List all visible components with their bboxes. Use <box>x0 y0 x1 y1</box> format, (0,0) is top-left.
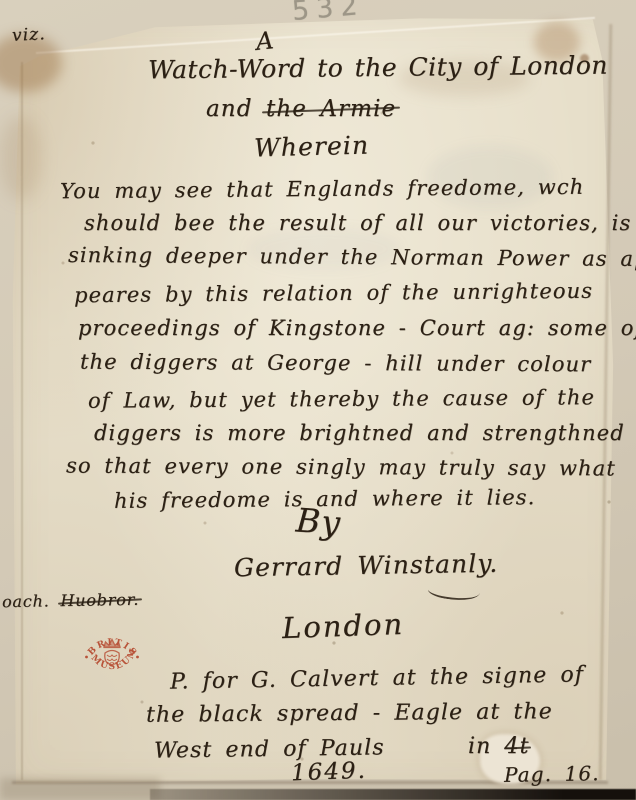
manuscript-scan: 532 viz. A Watch-Word to the City of Lon… <box>0 0 636 800</box>
stamp-dot-left <box>85 656 88 659</box>
body-line: You may see that Englands freedome, wch <box>60 175 585 204</box>
body-line: should bee the result of all our victori… <box>84 211 631 235</box>
page-reference: Pag. 16. <box>504 761 600 787</box>
crown-icon <box>104 640 121 665</box>
stain-left-margin <box>0 116 42 200</box>
corner-annotation: viz. <box>11 24 46 46</box>
paper-speckles <box>0 0 2 2</box>
stamp-dot-right <box>136 656 139 659</box>
owner-annotation-word-2: Huobror. <box>60 590 139 610</box>
body-line: so that every one singly may truly say w… <box>66 454 616 481</box>
body-line: sinking deeper under the Norman Power as… <box>68 243 636 271</box>
imprint-format-abbrev: 4t <box>505 734 530 759</box>
body-line: the diggers at George - hill under colou… <box>80 350 591 377</box>
bottom-shadow-strip <box>150 789 636 800</box>
imprint-line-2: the black spread - Eagle at the <box>146 699 553 728</box>
body-line: peares by this relation of the unrighteo… <box>74 279 593 308</box>
imprint-city: London <box>281 607 404 645</box>
author-name: Gerrard Winstanly. <box>234 549 499 583</box>
title-line-1: Watch-Word to the City of London <box>148 51 608 85</box>
body-line: proceedings of Kingstone - Court ag: som… <box>78 316 636 340</box>
imprint-format-pre: in <box>468 734 491 759</box>
title-line-1-post: Word to the City of London <box>237 51 609 84</box>
owner-annotation: oach. Huobror. <box>2 590 140 611</box>
title-line-2-struck: the Armie <box>266 96 396 122</box>
imprint-format-note: in 4t <box>468 734 530 759</box>
body-line: of Law, but yet thereby the cause of the <box>88 385 595 413</box>
title-line-2-word: and <box>206 96 253 122</box>
title-wherein: Wherein <box>254 130 370 162</box>
shade-bottom-left <box>0 778 160 800</box>
title-line-2: and the Armie <box>206 96 396 122</box>
owner-annotation-word-1: oach. <box>2 591 50 611</box>
imprint-year: 1649. <box>291 758 368 787</box>
title-insert-letter: A <box>255 26 276 56</box>
british-museum-stamp: BRITISH MUSEUM <box>80 626 144 688</box>
title-line-1-pre: Watch- <box>148 54 237 84</box>
byline-by: By <box>295 500 343 542</box>
body-line: diggers is more brightned and strengthne… <box>94 421 625 445</box>
